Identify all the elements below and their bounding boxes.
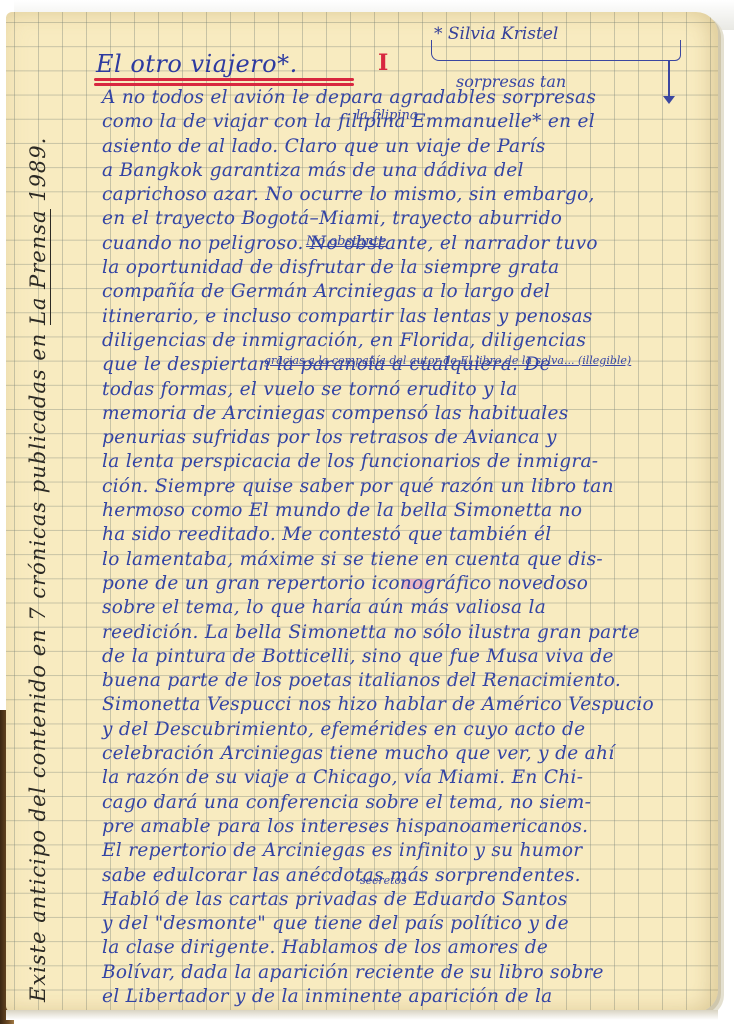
text-line: de la pintura de Botticelli, sino que fu… bbox=[102, 645, 712, 669]
text-line: Bolívar, dada la aparición reciente de s… bbox=[102, 961, 712, 985]
text-line: reedición. La bella Simonetta no sólo il… bbox=[102, 621, 712, 645]
text-line: a Bangkok garantiza más de una dádiva de… bbox=[102, 159, 712, 183]
text-line: celebración Arciniegas tiene mucho que v… bbox=[102, 742, 712, 766]
text-line: la oportunidad de disfrutar de la siempr… bbox=[102, 256, 712, 280]
margin-note-publication: La Prensa bbox=[26, 209, 51, 325]
text-line: hermoso como El mundo de la bella Simone… bbox=[102, 499, 712, 523]
text-line: y del "desmonte" que tiene del país polí… bbox=[102, 912, 712, 936]
text-line: sobre el tema, lo que haría aún más vali… bbox=[102, 596, 712, 620]
text-line: buena parte de los poetas italianos del … bbox=[102, 669, 712, 693]
text-line: que le despiertan la paranoia a cualquie… bbox=[102, 353, 712, 377]
text-line: Habló de las cartas privadas de Eduardo … bbox=[102, 888, 712, 912]
text-line: la lenta perspicacia de los funcionarios… bbox=[102, 450, 712, 474]
text-line: el Libertador y de la inminente aparició… bbox=[102, 985, 712, 1009]
margin-note-prefix: Existe anticipo del contenido en 7 cróni… bbox=[26, 325, 50, 1002]
text-line: lo lamentaba, máxime si se tiene en cuen… bbox=[102, 548, 712, 572]
text-line: ción. Siempre quise saber por qué razón … bbox=[102, 475, 712, 499]
text-line: y del Descubrimiento, efemérides en cuyo… bbox=[102, 718, 712, 742]
title-red-underline bbox=[94, 78, 354, 81]
text-line: itinerario, e incluso compartir las lent… bbox=[102, 305, 712, 329]
text-line: la razón de su viaje a Chicago, vía Miam… bbox=[102, 766, 712, 790]
page-title: El otro viajero*. bbox=[96, 50, 298, 78]
text-line: todas formas, el vuelo se tornó erudito … bbox=[102, 378, 712, 402]
margin-note-suffix: 1989. bbox=[26, 137, 50, 210]
text-line: A no todos el avión le depara agradables… bbox=[102, 86, 712, 110]
margin-note-vertical: Existe anticipo del contenido en 7 cróni… bbox=[26, 137, 50, 1002]
text-line: El repertorio de Arciniegas es infinito … bbox=[102, 839, 712, 863]
text-line: sabe edulcorar las anécdotas más sorpren… bbox=[102, 864, 712, 888]
text-line: diligencias de inmigración, en Florida, … bbox=[102, 329, 712, 353]
text-line: compañía de Germán Arciniegas a lo largo… bbox=[102, 280, 712, 304]
handwritten-body: A no todos el avión le depara agradables… bbox=[102, 86, 712, 1009]
page-edge-shadow bbox=[6, 1010, 718, 1020]
text-line: penurias sufridas por los retrasos de Av… bbox=[102, 426, 712, 450]
text-line: cuando no peligroso. No obstante, el nar… bbox=[102, 232, 712, 256]
text-line: Simonetta Vespucci nos hizo hablar de Am… bbox=[102, 693, 712, 717]
text-line: caprichoso azar. No ocurre lo mismo, sin… bbox=[102, 183, 712, 207]
text-line: asiento de al lado. Claro que un viaje d… bbox=[102, 135, 712, 159]
text-line: como la de viajar con la filipina Emmanu… bbox=[102, 110, 712, 134]
text-line: pre amable para los intereses hispanoame… bbox=[102, 815, 712, 839]
notebook-page: Existe anticipo del contenido en 7 cróni… bbox=[6, 12, 718, 1012]
text-line: en el trayecto Bogotá–Miami, trayecto ab… bbox=[102, 207, 712, 231]
chapter-numeral: I bbox=[378, 50, 388, 76]
text-line: ha sido reeditado. Me contestó que tambi… bbox=[102, 523, 712, 547]
text-line: la clase dirigente. Hablamos de los amor… bbox=[102, 936, 712, 960]
text-line: memoria de Arciniegas compensó las habit… bbox=[102, 402, 712, 426]
footnote-bracket bbox=[431, 40, 681, 61]
text-line: cago dará una conferencia sobre el tema,… bbox=[102, 791, 712, 815]
text-line: pone de un gran repertorio iconográfico … bbox=[102, 572, 712, 596]
